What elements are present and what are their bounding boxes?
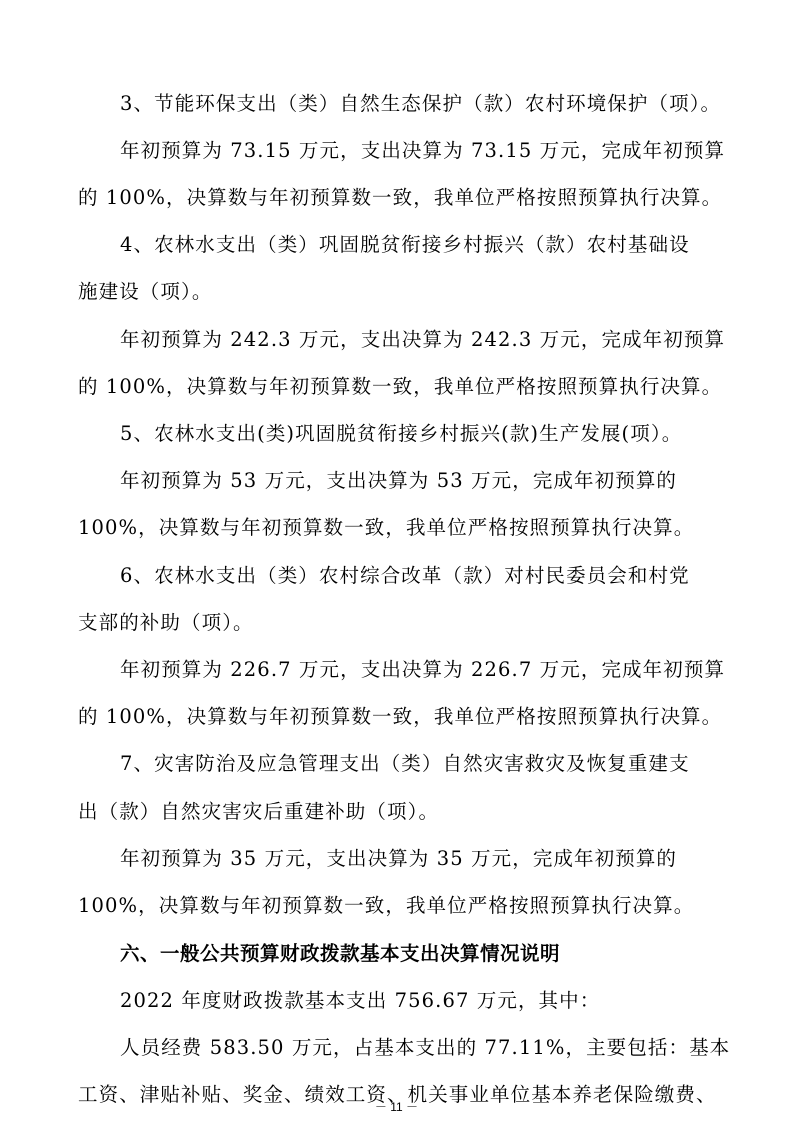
paragraph-line: 100%，决算数与年初预算数一致，我单位严格按照预算执行决算。 [78,514,718,542]
paragraph-line: 4、农林水支出（类）巩固脱贫衔接乡村振兴（款）农村基础设 [120,231,718,259]
paragraph-line: 出（款）自然灾害灾后重建补助（项）。 [78,798,718,826]
paragraph-line: 年初预算为 35 万元，支出决算为 35 万元，完成年初预算的 [120,845,718,873]
paragraph-line: 支部的补助（项）。 [78,609,718,637]
paragraph-line: 6、农林水支出（类）农村综合改革（款）对村民委员会和村党 [120,562,718,590]
page-number: － 11 － [0,1098,793,1115]
paragraph-line: 施建设（项）。 [78,278,718,306]
paragraph-line: 2022 年度财政拨款基本支出 756.67 万元，其中： [120,987,718,1015]
paragraph-line: 年初预算为 242.3 万元，支出决算为 242.3 万元，完成年初预算 [120,326,718,354]
paragraph-line: 年初预算为 226.7 万元，支出决算为 226.7 万元，完成年初预算 [120,656,718,684]
paragraph-line: 3、节能环保支出（类）自然生态保护（款）农村环境保护（项）。 [120,90,718,118]
paragraph-line: 7、灾害防治及应急管理支出（类）自然灾害救灾及恢复重建支 [120,750,718,778]
paragraph-line: 年初预算为 53 万元，支出决算为 53 万元，完成年初预算的 [120,467,718,495]
section-heading: 六、一般公共预算财政拨款基本支出决算情况说明 [120,940,718,968]
paragraph-line: 的 100%，决算数与年初预算数一致，我单位严格按照预算执行决算。 [78,184,718,212]
paragraph-line: 的 100%，决算数与年初预算数一致，我单位严格按照预算执行决算。 [78,373,718,401]
paragraph-line: 100%，决算数与年初预算数一致，我单位严格按照预算执行决算。 [78,892,718,920]
paragraph-line: 年初预算为 73.15 万元，支出决算为 73.15 万元，完成年初预算 [120,137,718,165]
paragraph-line: 5、农林水支出(类)巩固脱贫衔接乡村振兴(款)生产发展(项）。 [120,420,718,448]
paragraph-line: 的 100%，决算数与年初预算数一致，我单位严格按照预算执行决算。 [78,703,718,731]
paragraph-line: 人员经费 583.50 万元，占基本支出的 77.11%，主要包括：基本 [120,1034,718,1062]
document-page: 3、节能环保支出（类）自然生态保护（款）农村环境保护（项）。 年初预算为 73.… [0,0,793,1122]
